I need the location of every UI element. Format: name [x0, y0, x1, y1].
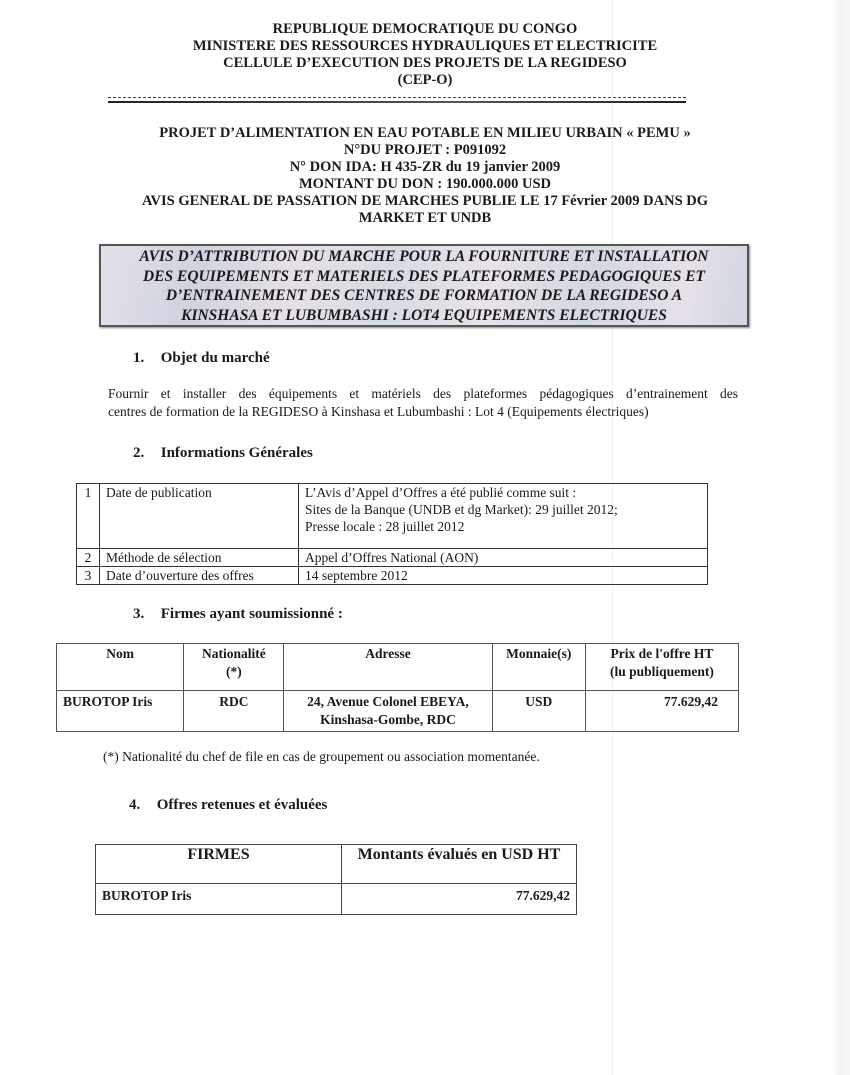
col-header-price: Prix de l'offre HT(lu publiquement) [585, 644, 738, 691]
section-title: Objet du marché [161, 350, 270, 366]
col-header-currency: Monnaie(s) [492, 644, 585, 691]
section-3-heading: 3. Firmes ayant soumissionné : [133, 605, 343, 623]
bidder-price: 77.629,42 [585, 691, 738, 732]
row-number: 2 [77, 549, 100, 567]
value-line: L’Avis d’Appel d’Offres a été publié com… [305, 484, 701, 501]
general-notice-line1: AVIS GENERAL DE PASSATION DE MARCHES PUB… [0, 193, 850, 210]
table-row: 1 Date de publication L’Avis d’Appel d’O… [77, 484, 708, 549]
banner-line: D’ENTRAINEMENT DES CENTRES DE FORMATION … [101, 286, 747, 306]
row-number: 1 [77, 484, 100, 549]
row-number: 3 [77, 567, 100, 585]
letterhead-country: REPUBLIQUE DEMOCRATIQUE DU CONGO [0, 21, 850, 38]
project-info: PROJET D’ALIMENTATION EN EAU POTABLE EN … [0, 125, 850, 227]
solid-divider [108, 101, 686, 103]
bidder-name: BUROTOP Iris [57, 691, 184, 732]
general-info-table: 1 Date de publication L’Avis d’Appel d’O… [76, 483, 708, 585]
value-line: Presse locale : 28 juillet 2012 [305, 518, 701, 535]
letterhead: REPUBLIQUE DEMOCRATIQUE DU CONGO MINISTE… [0, 21, 850, 89]
table-row: 2 Méthode de sélection Appel d’Offres Na… [77, 549, 708, 567]
bidder-nationality: RDC [184, 691, 284, 732]
row-value: Appel d’Offres National (AON) [299, 549, 708, 567]
dashed-divider [108, 97, 686, 98]
section-title: Informations Générales [161, 445, 313, 461]
body-line: Fournir et installer des équipements et … [108, 385, 738, 403]
section-number: 1. [133, 349, 157, 367]
project-number: N°DU PROJET : P091092 [0, 142, 850, 159]
row-value: L’Avis d’Appel d’Offres a été publié com… [299, 484, 708, 549]
evaluated-offers-table: FIRMES Montants évalués en USD HT BUROTO… [95, 844, 577, 915]
address-line: Kinshasa-Gombe, RDC [288, 711, 487, 729]
section-title: Offres retenues et évaluées [157, 797, 328, 813]
col-header-amount: Montants évalués en USD HT [342, 845, 577, 884]
nationality-footnote: (*) Nationalité du chef de file en cas d… [103, 748, 540, 765]
section-title: Firmes ayant soumissionné : [161, 606, 343, 622]
col-header-name: Nom [57, 644, 184, 691]
value-line: Sites de la Banque (UNDB et dg Market): … [305, 501, 701, 518]
section-number: 2. [133, 444, 157, 462]
section-1-heading: 1. Objet du marché [133, 349, 270, 367]
banner-line: DES EQUIPEMENTS ET MATERIELS DES PLATEFO… [101, 267, 747, 287]
table-row: BUROTOP Iris 77.629,42 [96, 884, 577, 915]
table-row: BUROTOP Iris RDC 24, Avenue Colonel EBEY… [57, 691, 739, 732]
bidders-table: Nom Nationalité(*) Adresse Monnaie(s) Pr… [56, 643, 739, 732]
row-value: 14 septembre 2012 [299, 567, 708, 585]
row-label: Méthode de sélection [100, 549, 299, 567]
letterhead-ministry: MINISTERE DES RESSOURCES HYDRAULIQUES ET… [0, 38, 850, 55]
letterhead-cell: CELLULE D’EXECUTION DES PROJETS DE LA RE… [0, 55, 850, 72]
section-2-heading: 2. Informations Générales [133, 444, 313, 462]
section-4-heading: 4. Offres retenues et évaluées [129, 796, 327, 814]
row-label: Date de publication [100, 484, 299, 549]
firm-name: BUROTOP Iris [96, 884, 342, 915]
col-header-nationality: Nationalité(*) [184, 644, 284, 691]
bidder-address: 24, Avenue Colonel EBEYA, Kinshasa-Gombe… [284, 691, 492, 732]
banner-line: KINSHASA ET LUBUMBASHI : LOT4 EQUIPEMENT… [101, 306, 747, 326]
row-label: Date d’ouverture des offres [100, 567, 299, 585]
body-line: centres de formation de la REGIDESO à Ki… [108, 403, 738, 421]
banner-line: AVIS D’ATTRIBUTION DU MARCHE POUR LA FOU… [101, 247, 747, 267]
table-header-row: FIRMES Montants évalués en USD HT [96, 845, 577, 884]
table-row: 3 Date d’ouverture des offres 14 septemb… [77, 567, 708, 585]
col-header-firms: FIRMES [96, 845, 342, 884]
col-header-address: Adresse [284, 644, 492, 691]
address-line: 24, Avenue Colonel EBEYA, [288, 693, 487, 711]
bidder-currency: USD [492, 691, 585, 732]
grant-number: N° DON IDA: H 435-ZR du 19 janvier 2009 [0, 159, 850, 176]
letterhead-acronym: (CEP-O) [0, 72, 850, 89]
project-title: PROJET D’ALIMENTATION EN EAU POTABLE EN … [0, 125, 850, 142]
table-header-row: Nom Nationalité(*) Adresse Monnaie(s) Pr… [57, 644, 739, 691]
section-number: 4. [129, 796, 153, 814]
general-notice-line2: MARKET ET UNDB [0, 210, 850, 227]
evaluated-amount: 77.629,42 [342, 884, 577, 915]
section-number: 3. [133, 605, 157, 623]
grant-amount: MONTANT DU DON : 190.000.000 USD [0, 176, 850, 193]
section-1-body: Fournir et installer des équipements et … [108, 385, 738, 421]
award-notice-banner: AVIS D’ATTRIBUTION DU MARCHE POUR LA FOU… [99, 244, 749, 327]
